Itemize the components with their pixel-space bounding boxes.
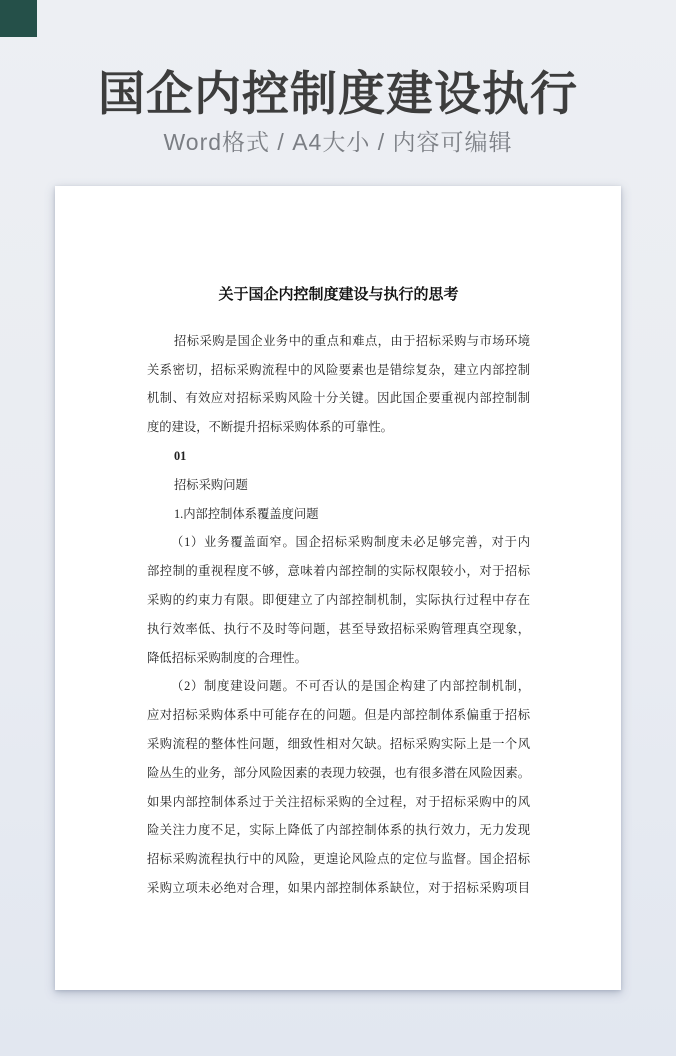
doc-line: 机制、有效应对招标采购风险十分关键。因此国企要重视内部控制制 xyxy=(147,384,530,413)
doc-line: 险丛生的业务，部分风险因素的表现力较强，也有很多潜在风险因素。 xyxy=(147,759,530,788)
page-title: 国企内控制度建设执行 xyxy=(0,63,676,125)
document-page: 关于国企内控制度建设与执行的思考 招标采购是国企业务中的重点和难点，由于招标采购… xyxy=(55,186,621,990)
doc-line: （2）制度建设问题。不可否认的是国企构建了内部控制机制， xyxy=(147,672,530,701)
template-preview-page: { "header": { "title": "国企内控制度建设执行", "su… xyxy=(0,0,676,1056)
doc-line: 执行效率低、执行不及时等问题，甚至导致招标采购管理真空现象， xyxy=(147,615,530,644)
doc-line: （1）业务覆盖面窄。国企招标采购制度未必足够完善，对于内 xyxy=(147,528,530,557)
doc-line: 部控制的重视程度不够，意味着内部控制的实际权限较小，对于招标 xyxy=(147,557,530,586)
doc-line: 01 xyxy=(147,442,530,471)
doc-line: 度的建设，不断提升招标采购体系的可靠性。 xyxy=(147,413,530,442)
doc-line: 如果内部控制体系过于关注招标采购的全过程，对于招标采购中的风 xyxy=(147,788,530,817)
header: 国企内控制度建设执行 Word格式 / A4大小 / 内容可编辑 xyxy=(0,63,676,157)
document-content: 关于国企内控制度建设与执行的思考 招标采购是国企业务中的重点和难点，由于招标采购… xyxy=(55,186,621,990)
doc-line: 采购的约束力有限。即便建立了内部控制机制，实际执行过程中存在 xyxy=(147,586,530,615)
doc-line: 招标采购流程执行中的风险，更遑论风险点的定位与监督。国企招标 xyxy=(147,845,530,874)
doc-line: 采购流程的整体性问题，细致性相对欠缺。招标采购实际上是一个风 xyxy=(147,730,530,759)
stage: 国企内控制度建设执行 Word格式 / A4大小 / 内容可编辑 关于国企内控制… xyxy=(0,0,676,1056)
page-subtitle: Word格式 / A4大小 / 内容可编辑 xyxy=(0,127,676,157)
doc-line: 关系密切，招标采购流程中的风险要素也是错综复杂，建立内部控制 xyxy=(147,356,530,385)
doc-line: 1.内部控制体系覆盖度问题 xyxy=(147,500,530,529)
doc-line: 降低招标采购制度的合理性。 xyxy=(147,644,530,673)
doc-line: 采购立项未必绝对合理，如果内部控制体系缺位，对于招标采购项目 xyxy=(147,874,530,903)
site-logo-badge xyxy=(0,0,37,37)
doc-line: 应对招标采购体系中可能存在的问题。但是内部控制体系偏重于招标 xyxy=(147,701,530,730)
document-title: 关于国企内控制度建设与执行的思考 xyxy=(147,281,530,310)
doc-line: 招标采购是国企业务中的重点和难点，由于招标采购与市场环境 xyxy=(147,327,530,356)
document-body: 招标采购是国企业务中的重点和难点，由于招标采购与市场环境关系密切，招标采购流程中… xyxy=(147,327,530,903)
doc-line: 招标采购问题 xyxy=(147,471,530,500)
doc-line: 险关注力度不足，实际上降低了内部控制体系的执行效力，无力发现 xyxy=(147,816,530,845)
